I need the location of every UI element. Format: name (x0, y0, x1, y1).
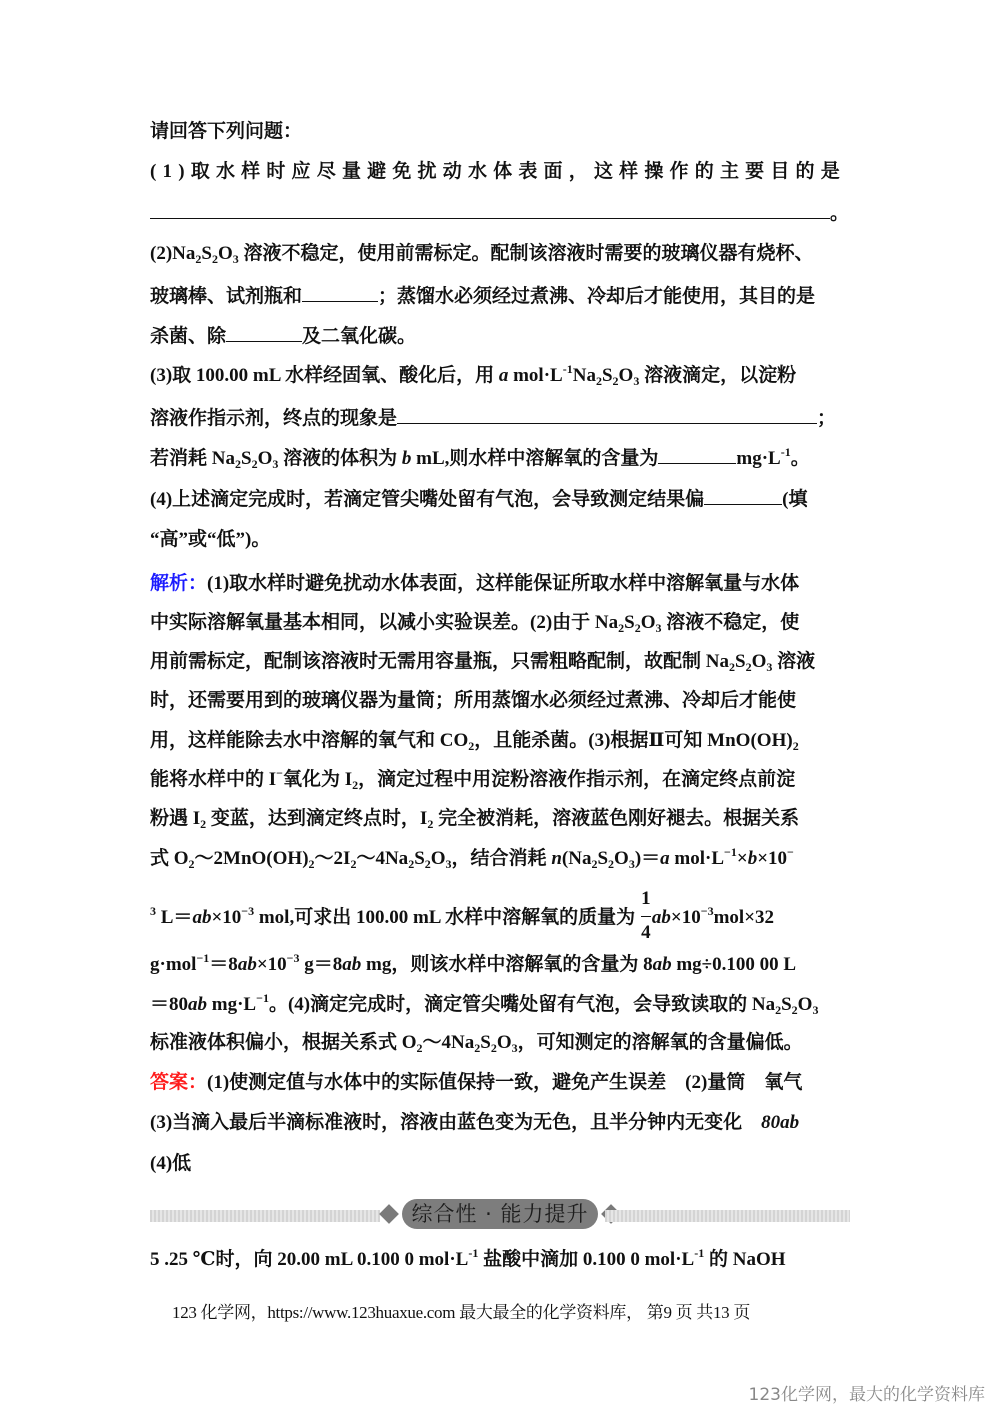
formula-na2s2o3: Na2S2O3 (595, 612, 662, 633)
period: 。 (830, 203, 849, 224)
watermark: 123化学网，最大的化学资料库 (749, 1380, 985, 1404)
answer-blank[interactable] (226, 323, 302, 342)
question-3-line-1: (3)取 100.00 mL 水样经固氧、酸化后，用 a mol·L-1Na2S… (150, 364, 845, 388)
q2-text: 玻璃棒、试剂瓶和 (150, 286, 302, 307)
analysis-line-10: g·mol−1＝8ab×10−3 g＝8ab mg，则该水样中溶解氧的含量为 8… (150, 953, 845, 977)
section-banner: 综合性 · 能力提升 (150, 1197, 850, 1233)
page-footer: 123 化学网，https://www.123huaxue.com 最大最全的化… (172, 1298, 750, 1323)
question-4-line-2: “高”或“低”)。 (150, 528, 845, 552)
analysis-line-4: 时，还需要用到的玻璃仪器为量筒；所用蒸馏水必须经过煮沸、冷却后才能使 (150, 689, 845, 713)
formula-na2s2o3: Na2S2O3 (385, 848, 452, 869)
banner-stripe-left (150, 1210, 380, 1222)
answer-blank[interactable] (658, 445, 736, 464)
analysis-line-5: 用，这样能除去水中溶解的氧气和 CO2，且能杀菌。(3)根据Ⅱ可知 MnO(OH… (150, 729, 845, 753)
q2-text: 溶液不稳定，使用前需标定。配制该溶液时需要的玻璃仪器有烧杯、 (244, 243, 814, 264)
q2-text: 及二氧化碳。 (302, 326, 416, 347)
answer-label: 答案： (150, 1072, 207, 1093)
formula-na2s2o3: Na2S2O3 (752, 994, 819, 1015)
question-3-line-2: 溶液作指示剂，终点的现象是； (150, 405, 845, 431)
formula-na2s2o3: Na2S2O3 (573, 365, 640, 386)
answer-blank[interactable] (302, 283, 378, 302)
question-4-line-1: (4)上述滴定完成时，若滴定管尖嘴处留有气泡，会导致测定结果偏(填 (150, 486, 845, 512)
analysis-line-9: 3 L＝ab×10−3 mol,可求出 100.00 mL 水样中溶解氧的质量为… (150, 906, 845, 930)
question-2-line-2: 玻璃棒、试剂瓶和；蒸馏水必须经过煮沸、冷却后才能使用，其目的是 (150, 283, 845, 309)
question-1: (1)取水样时应尽量避免扰动水体表面，这样操作的主要目的是 (150, 160, 845, 184)
analysis-line-7: 粉遇 I2 变蓝，达到滴定终点时，I2 完全被消耗，溶液蓝色刚好褪去。根据关系 (150, 807, 845, 831)
formula-na2s2o3: Na2S2O3 (568, 848, 635, 869)
answer-line-1: 答案：(1)使测定值与水体中的实际值保持一致，避免产生误差 (2)量筒 氧气 (150, 1071, 845, 1095)
formula-na2s2o3: Na2S2O3 (706, 651, 773, 672)
formula-na2s2o3: Na2S2O3 (451, 1032, 518, 1053)
section-title: 综合性 · 能力提升 (402, 1199, 598, 1229)
analysis-line-8: 式 O2～2MnO(OH)2～2I2～4Na2S2O3，结合消耗 n(Na2S2… (150, 847, 845, 871)
q2-text: ；蒸馏水必须经过煮沸、冷却后才能使用，其目的是 (378, 286, 815, 307)
q1-text: (1)取水样时应尽量避免扰动水体表面，这样操作的主要目的是 (150, 161, 846, 182)
answer-blank[interactable] (397, 405, 817, 424)
question-2-line-1: (2)Na2S2O3 溶液不稳定，使用前需标定。配制该溶液时需要的玻璃仪器有烧杯… (150, 242, 845, 266)
answer-blank[interactable] (704, 486, 782, 505)
banner-stripe-right (605, 1210, 850, 1222)
diamond-icon (379, 1204, 399, 1224)
analysis-label: 解析： (150, 573, 207, 594)
analysis-line-2: 中实际溶解氧量基本相同，以减小实验误差。(2)由于 Na2S2O3 溶液不稳定，… (150, 611, 845, 635)
q2-prefix: (2) (150, 243, 172, 264)
question-5-line-1: 5 .25 ℃时，向 20.00 mL 0.100 0 mol·L-1 盐酸中滴… (150, 1248, 845, 1272)
q2-text: 杀菌、除 (150, 326, 226, 347)
analysis-line-6: 能将水样中的 I−氧化为 I2，滴定过程中用淀粉溶液作指示剂，在滴定终点前淀 (150, 768, 845, 792)
analysis-line-12: 标准液体积偏小，根据关系式 O2～4Na2S2O3，可知测定的溶解氧的含量偏低。 (150, 1031, 845, 1055)
formula-na2s2o3: Na2S2O3 (172, 243, 239, 264)
question-1-blank-line: 。 (150, 200, 845, 226)
analysis-line-3: 用前需标定，配制该溶液时无需用容量瓶，只需粗略配制，故配制 Na2S2O3 溶液 (150, 650, 845, 674)
answer-line-2: (3)当滴入最后半滴标准液时，溶液由蓝色变为无色，且半分钟内无变化 80ab (150, 1111, 845, 1135)
question-intro: 请回答下列问题： (150, 120, 845, 144)
formula-na2s2o3: Na2S2O3 (212, 448, 279, 469)
analysis-line-11: ＝80ab mg·L−1。(4)滴定完成时，滴定管尖嘴处留有气泡，会导致读取的 … (150, 993, 845, 1017)
analysis-line-1: 解析：(1)取水样时避免扰动水体表面，这样能保证所取水样中溶解氧量与水体 (150, 572, 845, 596)
answer-line-3: (4)低 (150, 1152, 845, 1176)
question-2-line-3: 杀菌、除及二氧化碳。 (150, 323, 845, 349)
question-3-line-3: 若消耗 Na2S2O3 溶液的体积为 b mL,则水样中溶解氧的含量为mg·L-… (150, 445, 845, 471)
answer-blank[interactable] (150, 200, 830, 219)
